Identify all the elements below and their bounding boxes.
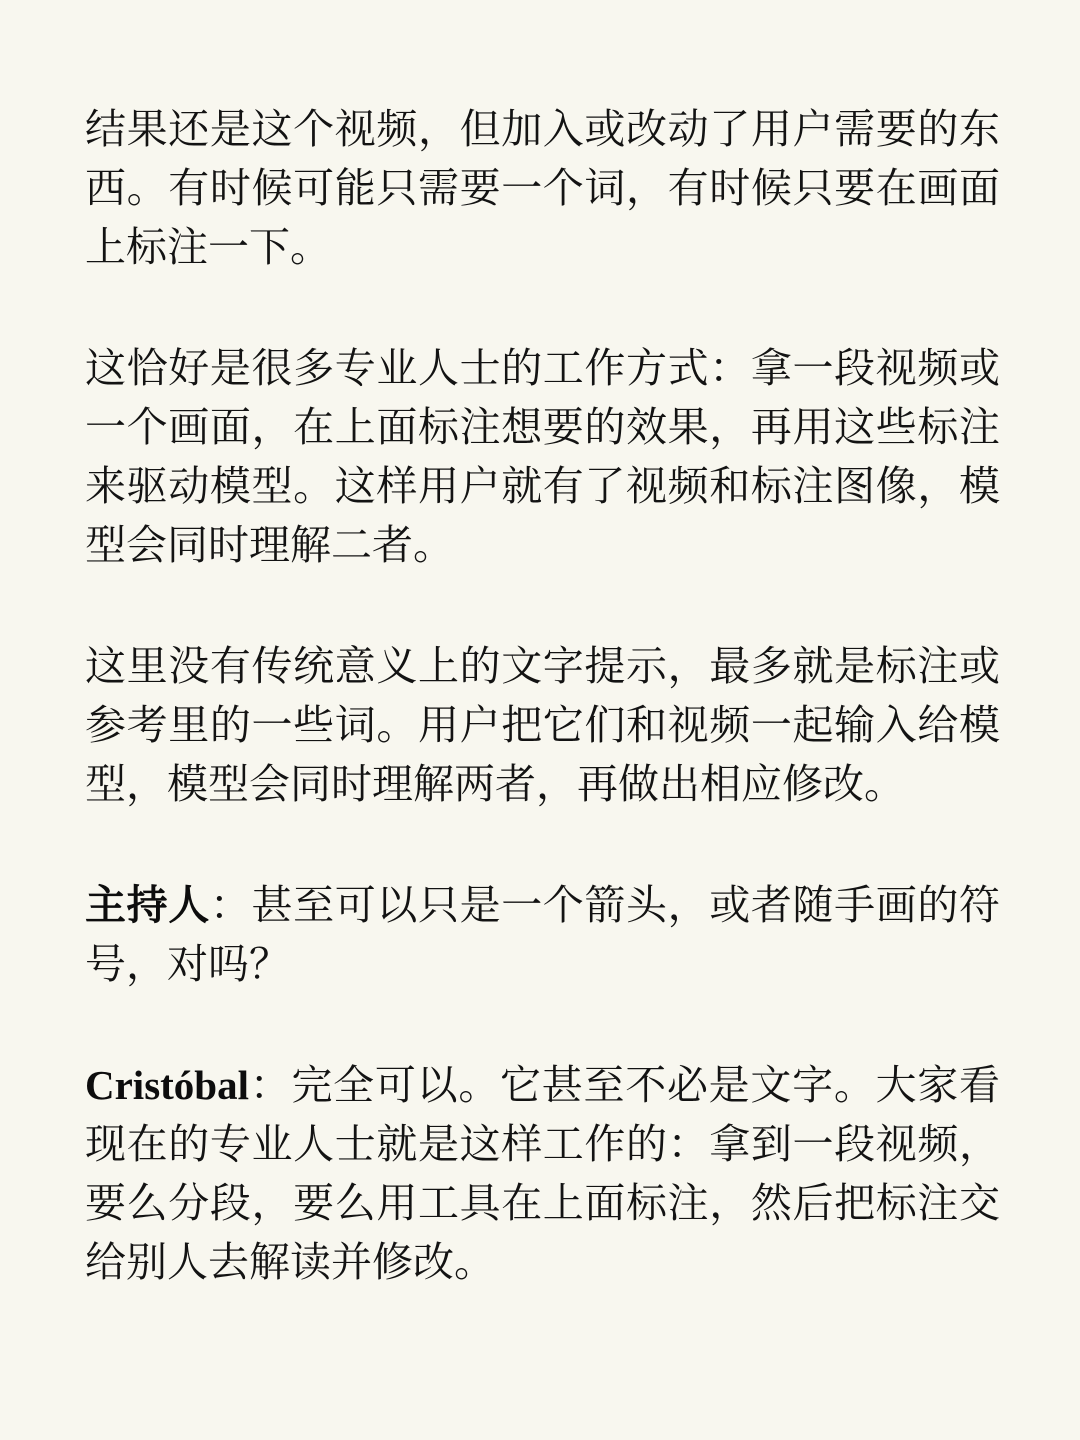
paragraph-text: 结果还是这个视频，但加入或改动了用户需要的东西。有时候可能只需要一个词，有时候只…: [85, 106, 1000, 270]
article-page: 结果还是这个视频，但加入或改动了用户需要的东西。有时候可能只需要一个词，有时候只…: [0, 0, 1080, 1440]
paragraph-no-text-prompt: 这里没有传统意义上的文字提示，最多就是标注或参考里的一些词。用户把它们和视频一起…: [85, 637, 1000, 814]
transcript-body: 结果还是这个视频，但加入或改动了用户需要的东西。有时候可能只需要一个词，有时候只…: [85, 100, 1000, 1292]
paragraph-continuation-1: 结果还是这个视频，但加入或改动了用户需要的东西。有时候可能只需要一个词，有时候只…: [85, 100, 1000, 277]
speaker-label-cristobal: Cristóbal: [85, 1062, 249, 1108]
paragraph-cristobal-answer: Cristóbal：完全可以。它甚至不必是文字。大家看现在的专业人士就是这样工作…: [85, 1056, 1000, 1292]
paragraph-workflow: 这恰好是很多专业人士的工作方式：拿一段视频或一个画面，在上面标注想要的效果，再用…: [85, 339, 1000, 575]
paragraph-text: ：甚至可以只是一个箭头，或者随手画的符号，对吗？: [85, 882, 1000, 987]
paragraph-text: 这恰好是很多专业人士的工作方式：拿一段视频或一个画面，在上面标注想要的效果，再用…: [85, 345, 1000, 568]
paragraph-host-question: 主持人：甚至可以只是一个箭头，或者随手画的符号，对吗？: [85, 876, 1000, 994]
speaker-label-host: 主持人: [85, 882, 210, 928]
paragraph-text: 这里没有传统意义上的文字提示，最多就是标注或参考里的一些词。用户把它们和视频一起…: [85, 643, 1000, 807]
